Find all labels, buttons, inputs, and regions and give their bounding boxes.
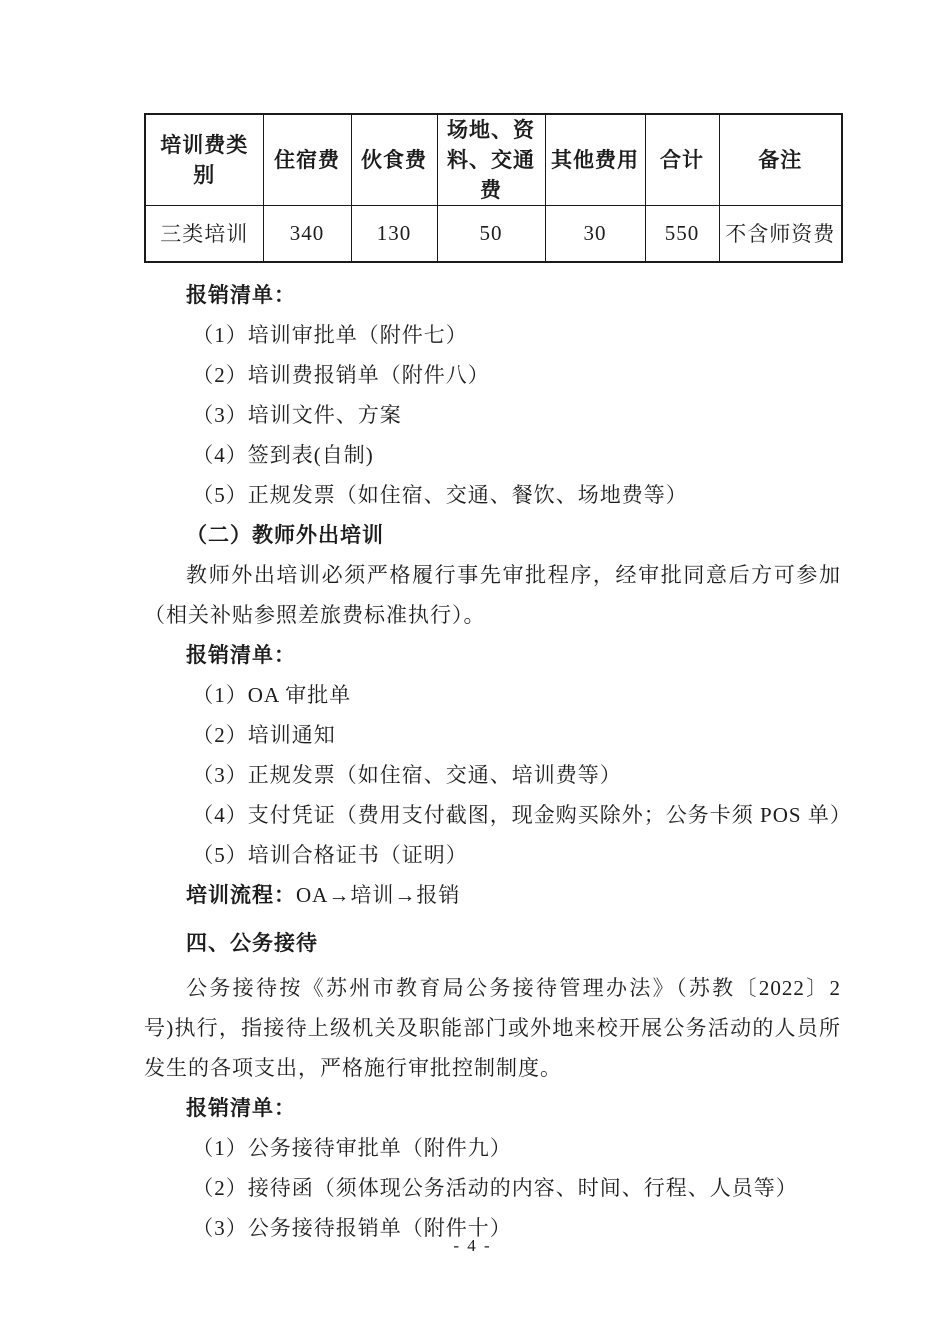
list-item: （2）培训通知	[144, 715, 841, 755]
cell-lodging: 340	[263, 206, 351, 262]
section-heading-teacher-training: （二）教师外出培训	[144, 515, 841, 555]
table-data-row: 三类培训 340 130 50 30 550 不含师资费	[145, 206, 842, 262]
cell-category: 三类培训	[145, 206, 263, 262]
reimbursement-list-title-2: 报销清单：	[144, 635, 841, 675]
training-fee-table: 培训费类别 住宿费 伙食费 场地、资料、交通费 其他费用 合计 备注 三类培训 …	[144, 113, 843, 263]
list-item: （3）培训文件、方案	[144, 395, 841, 435]
reimbursement-list-title-1: 报销清单：	[144, 275, 841, 315]
training-flow-line: 培训流程：OA→培训→报销	[144, 875, 841, 915]
list-item: （5）培训合格证书（证明）	[144, 835, 841, 875]
header-lodging: 住宿费	[263, 114, 351, 206]
list-item: （3）正规发票（如住宿、交通、培训费等）	[144, 755, 841, 795]
list-item: （5）正规发票（如住宿、交通、餐饮、场地费等）	[144, 475, 841, 515]
cell-meals: 130	[351, 206, 437, 262]
header-fee-category: 培训费类别	[145, 114, 263, 206]
list-item: （4）支付凭证（费用支付截图，现金购买除外；公务卡须 POS 单）	[144, 795, 841, 835]
list-item: （1）OA 审批单	[144, 675, 841, 715]
paragraph-reception: 公务接待按《苏州市教育局公务接待管理办法》（苏教〔2022〕2 号)执行，指接待…	[144, 968, 841, 1088]
header-other-fees: 其他费用	[545, 114, 645, 206]
section-heading-reception: 四、公务接待	[144, 923, 841, 963]
cell-venue-materials-transport: 50	[437, 206, 545, 262]
table-header-row: 培训费类别 住宿费 伙食费 场地、资料、交通费 其他费用 合计 备注	[145, 114, 842, 206]
training-flow-value: OA→培训→报销	[296, 883, 460, 907]
list-item: （1）公务接待审批单（附件九）	[144, 1128, 841, 1168]
header-venue-materials-transport: 场地、资料、交通费	[437, 114, 545, 206]
paragraph-teacher-training: 教师外出培训必须严格履行事先审批程序，经审批同意后方可参加（相关补贴参照差旅费标…	[144, 555, 841, 635]
training-flow-label: 培训流程：	[186, 883, 296, 907]
list-item: （1）培训审批单（附件七）	[144, 315, 841, 355]
list-item: （2）接待函（须体现公务活动的内容、时间、行程、人员等）	[144, 1168, 841, 1208]
header-remarks: 备注	[719, 114, 842, 206]
header-total: 合计	[645, 114, 719, 206]
reimbursement-list-title-3: 报销清单：	[144, 1088, 841, 1128]
document-page: 培训费类别 住宿费 伙食费 场地、资料、交通费 其他费用 合计 备注 三类培训 …	[0, 0, 945, 1336]
cell-total: 550	[645, 206, 719, 262]
cell-other-fees: 30	[545, 206, 645, 262]
list-item: （4）签到表(自制)	[144, 435, 841, 475]
header-meals: 伙食费	[351, 114, 437, 206]
list-item: （2）培训费报销单（附件八）	[144, 355, 841, 395]
page-content: 培训费类别 住宿费 伙食费 场地、资料、交通费 其他费用 合计 备注 三类培训 …	[144, 113, 841, 1248]
cell-remarks: 不含师资费	[719, 206, 842, 262]
page-number: - 4 -	[0, 1236, 945, 1256]
